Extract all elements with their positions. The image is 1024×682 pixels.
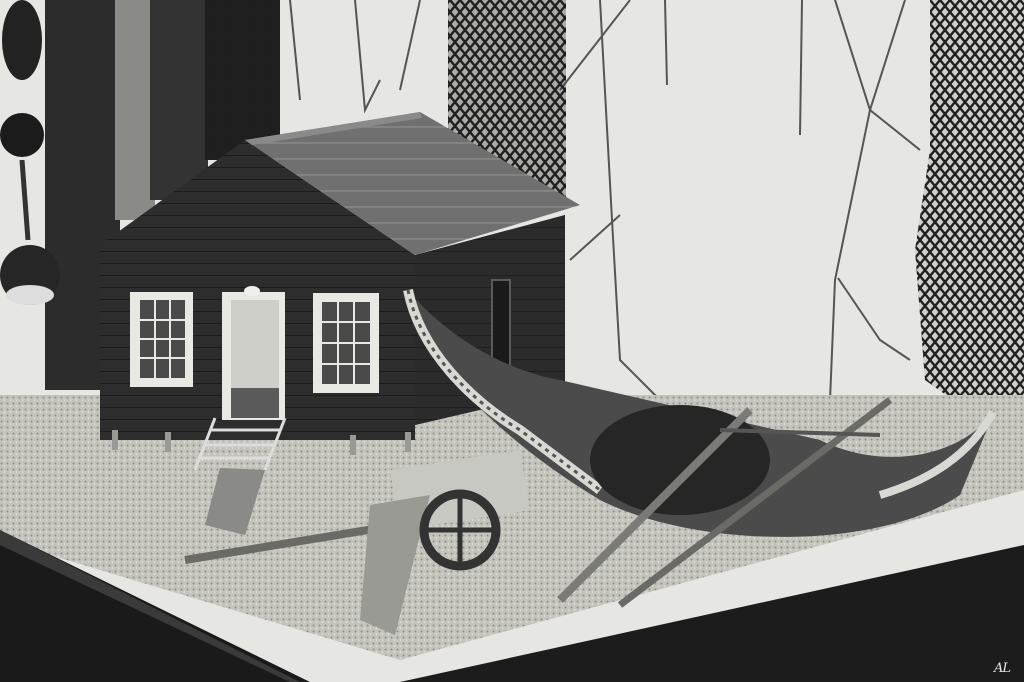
photograph: AL [0, 0, 1024, 682]
wooden-post [150, 0, 208, 200]
diorama-scene [0, 0, 1024, 682]
photographer-signature: AL [994, 661, 1010, 676]
wooden-post [115, 0, 155, 220]
